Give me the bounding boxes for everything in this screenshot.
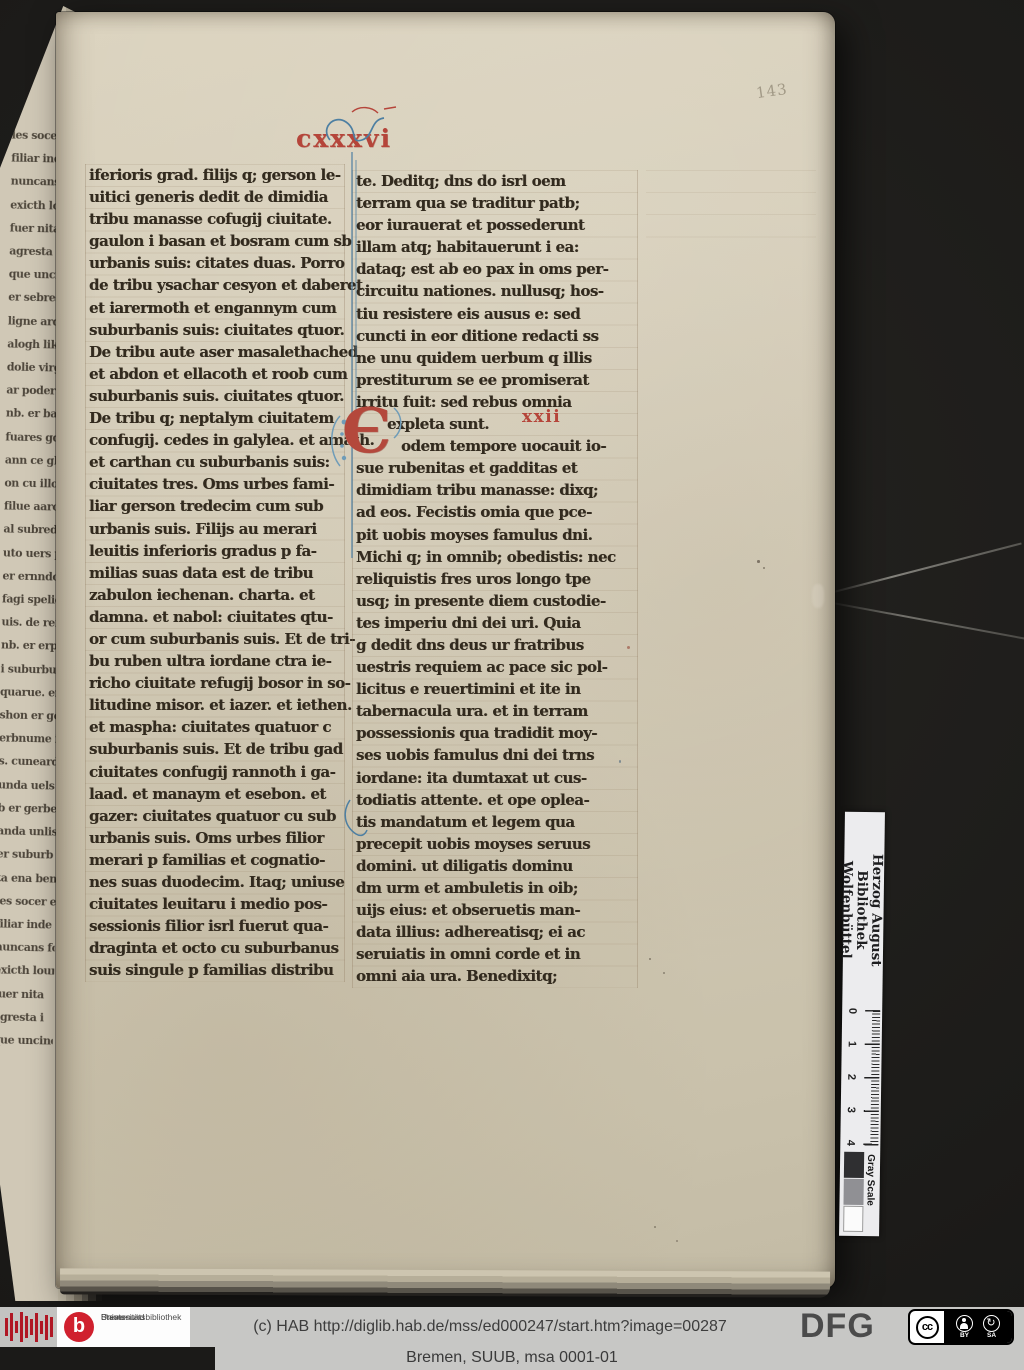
verso-text-line: fagi spelie [2, 587, 62, 611]
ruler-numbers: 01234 [840, 1008, 864, 1148]
cc-license-icons: BY ↻ SA [944, 1311, 1012, 1343]
ink-speck [676, 1240, 678, 1242]
penwork-flourish-icon [300, 100, 440, 860]
gray-scale-label: Gray Scale [861, 1154, 876, 1230]
institution-label: Herzog August Bibliothek Wolfenbüttel [842, 816, 885, 1005]
verso-text-line: les socer er [0, 889, 56, 913]
verso-text-line: i suburbu [0, 657, 60, 681]
cc-by-unit: BY [956, 1315, 973, 1339]
cc-by-sa-badge: cc BY ↻ SA [908, 1309, 1014, 1345]
manuscript-text-line: sessionis filior isrl fuerut qua- [86, 915, 344, 937]
book-bottom-page-edges [60, 1268, 830, 1297]
manuscript-text-line: nes suas duodecim. Itaq; uniuse [86, 871, 344, 893]
verso-text-line: fuer nita [0, 982, 54, 1006]
plastic-strip-clip [812, 584, 824, 608]
institution-name: Herzog August Bibliothek [852, 816, 885, 1004]
ruler-number: 3 [845, 1107, 857, 1119]
verso-text-line: er ernndo ad [2, 564, 62, 588]
manuscript-page: cxxxvi 143 Є xxii iferioris grad. filijs… [56, 12, 835, 1288]
verso-text-line: exicth lour [0, 959, 54, 983]
plastic-strip-bottom-edge [822, 600, 1024, 640]
plastic-strip-top-edge [822, 542, 1022, 596]
cc-circle-icon: cc [916, 1316, 939, 1339]
verso-text-line: nb. er erphi [1, 634, 61, 658]
folio-number-pencil: 143 [755, 80, 789, 102]
suub-bremen-logo: b Staats- undUniversitätsbibliothekBreme… [57, 1307, 190, 1347]
manuscript-text-line: draginta et octo cu suburbanus [86, 937, 344, 959]
verso-text-line: anda unlis [0, 819, 57, 843]
verso-rubric-fragment: ue [0, 61, 17, 76]
rubric-chapter-number: xxii [522, 407, 561, 427]
share-alike-arrow-icon: ↻ [983, 1315, 1000, 1332]
verso-text-line: quarue. er [0, 680, 60, 704]
digitized-manuscript-photo: ue les socer erbunfiliar inde er sonunca… [0, 0, 1024, 1370]
verso-text-line: ta ena bene [0, 866, 56, 890]
dfg-logo: DFG [800, 1305, 908, 1347]
illuminated-initial: Є [342, 402, 391, 460]
copyright-url-text: (c) HAB http://diglib.hab.de/mss/ed00024… [200, 1307, 780, 1347]
verso-text-line: er suburb [0, 843, 57, 867]
manuscript-text-line: seruiatis in omni corde et in [353, 943, 637, 965]
cc-sa-label: SA [987, 1333, 996, 1339]
verso-text-line: erbnume ig [0, 727, 59, 751]
ink-speck [619, 760, 621, 763]
cm-ruler: 01234 [840, 1008, 882, 1149]
institution-city: Wolfenbüttel [837, 816, 855, 1004]
suub-bars-logo [0, 1307, 57, 1347]
manuscript-text-line: suis singule p familias distribu [86, 959, 344, 981]
manuscript-text-line: data illius: adhereatisq; ei ac [353, 921, 637, 943]
manuscript-text-line: omni aia ura. Benedixitq; [353, 965, 637, 987]
margin-ruling-lines [646, 170, 816, 238]
ruler-number: 1 [846, 1041, 858, 1053]
verso-text-line: shon er gol [0, 703, 60, 727]
hab-reference-strip: Herzog August Bibliothek Wolfenbüttel 01… [839, 812, 885, 1237]
bremen-b-icon: b [64, 1312, 94, 1342]
verso-text-line: unda uels [0, 773, 58, 797]
gray-scale-patch: Gray Scale [839, 1148, 880, 1237]
verso-text-line: que uncine [0, 1028, 53, 1052]
ruler-cm-ticks [863, 1010, 880, 1146]
ruler-number: 0 [846, 1008, 858, 1020]
verso-text-line: uis. de reilhe [1, 611, 61, 635]
verso-text-line: b er gerbe [0, 796, 58, 820]
verso-text-line: filiar inde [0, 912, 55, 936]
ink-speck [649, 958, 651, 960]
cc-by-label: BY [960, 1333, 969, 1339]
manuscript-text-line: ciuitates leuitaru i medio pos- [86, 893, 344, 915]
verso-text-line: uto uers pfa [3, 541, 63, 565]
verso-text-line: s. cuneard [0, 750, 59, 774]
ink-speck [663, 972, 665, 974]
footer-bar: b Staats- undUniversitätsbibliothekBreme… [0, 1307, 1024, 1370]
manuscript-text-line: dm urm et ambuletis in oib; [353, 877, 637, 899]
ink-speck [654, 1226, 656, 1228]
cc-icon: cc [910, 1311, 944, 1343]
shelfmark-caption: Bremen, SUUB, msa 0001-01 [0, 1349, 1024, 1367]
bremen-org-line: Bremen [101, 1313, 131, 1323]
ink-speck [627, 646, 630, 649]
manuscript-text-line: uijs eius: et obseruetis man- [353, 899, 637, 921]
attribution-person-icon [956, 1315, 973, 1332]
ink-speck [757, 560, 760, 563]
verso-text-line: al subredo [3, 518, 63, 542]
verso-text-line: nuncans fo [0, 935, 55, 959]
ink-speck [763, 567, 765, 569]
verso-text-line: agresta i [0, 1005, 53, 1029]
cc-sa-unit: ↻ SA [983, 1315, 1000, 1339]
ruler-number: 2 [845, 1074, 857, 1086]
